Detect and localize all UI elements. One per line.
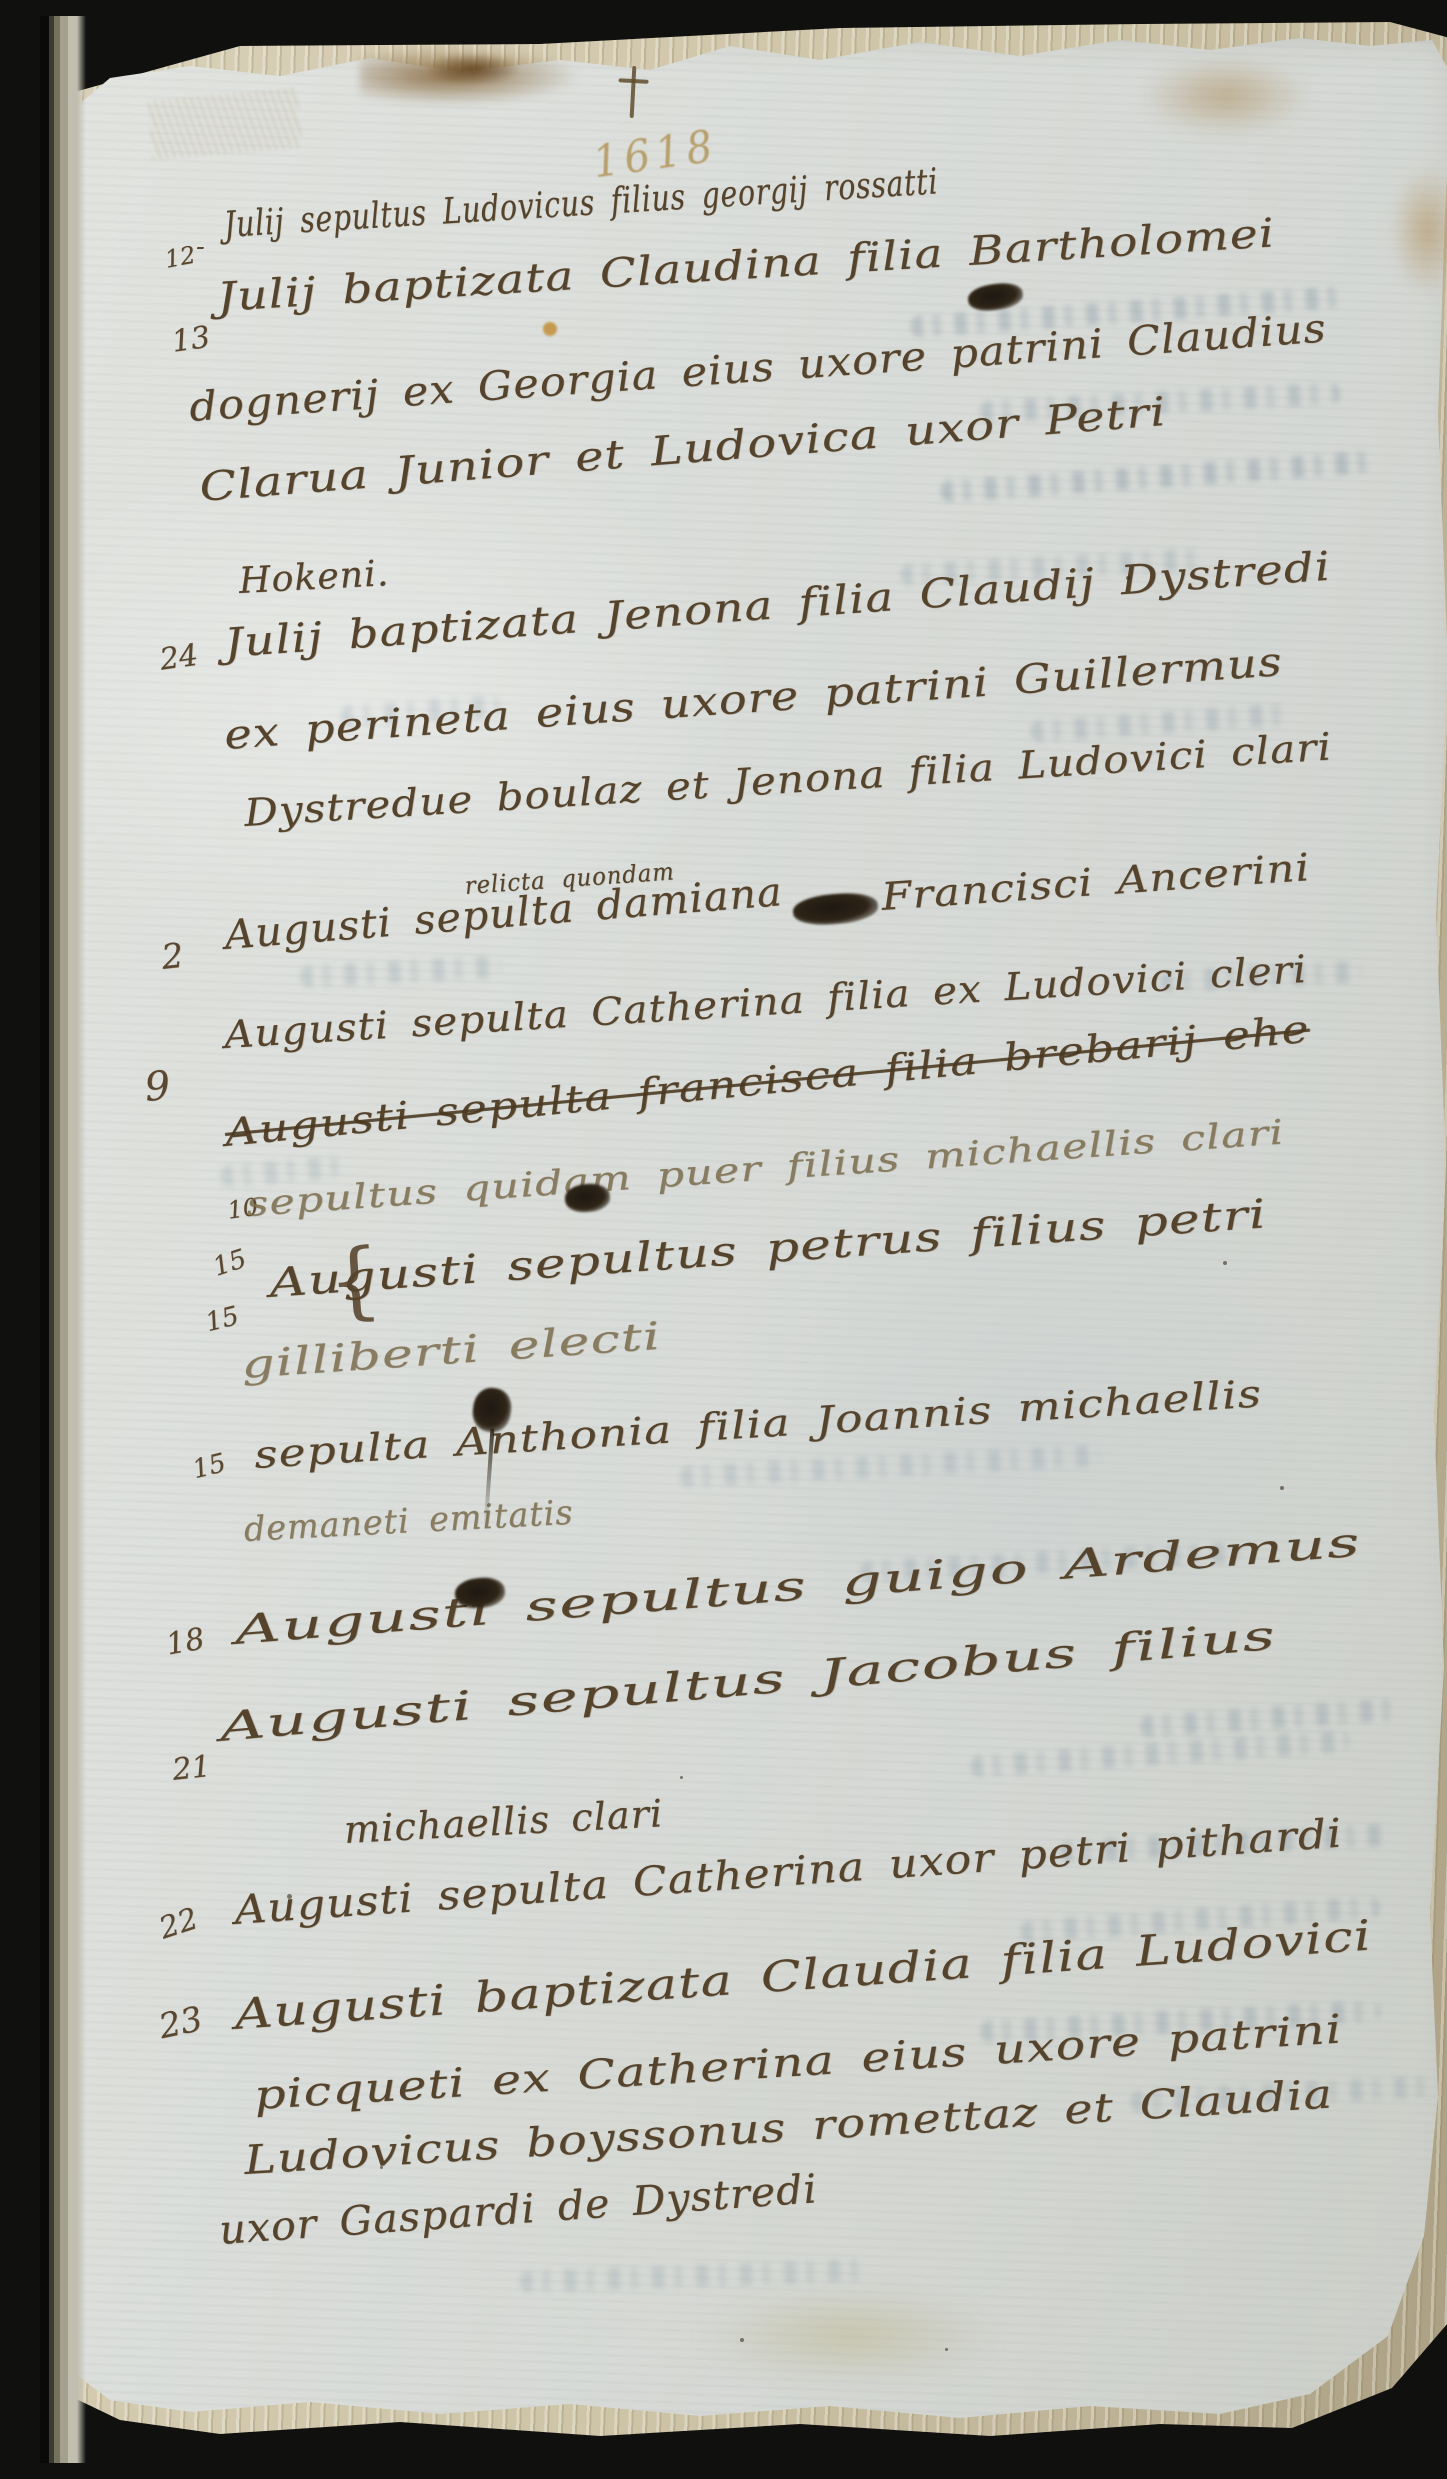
paper-speck <box>287 1894 292 1899</box>
paper-speck <box>380 2166 383 2169</box>
ink-drip <box>484 1428 495 1528</box>
paper-speck <box>680 1776 683 1779</box>
ink-blot <box>564 1182 611 1214</box>
ink-blot <box>470 1386 514 1435</box>
paper-speck <box>945 2348 948 2351</box>
paper-speck <box>1280 1486 1284 1490</box>
ink-blot <box>966 280 1024 313</box>
ink-blot <box>454 1575 507 1610</box>
paper-speck <box>1126 576 1130 580</box>
manuscript-photo: 1618 { - 121324291015151518212223 Julij … <box>40 16 1447 2463</box>
blot-layer <box>40 16 1447 2463</box>
paper-speck <box>740 2338 744 2342</box>
ink-blot <box>792 890 879 927</box>
paper-speck <box>1223 1261 1227 1265</box>
